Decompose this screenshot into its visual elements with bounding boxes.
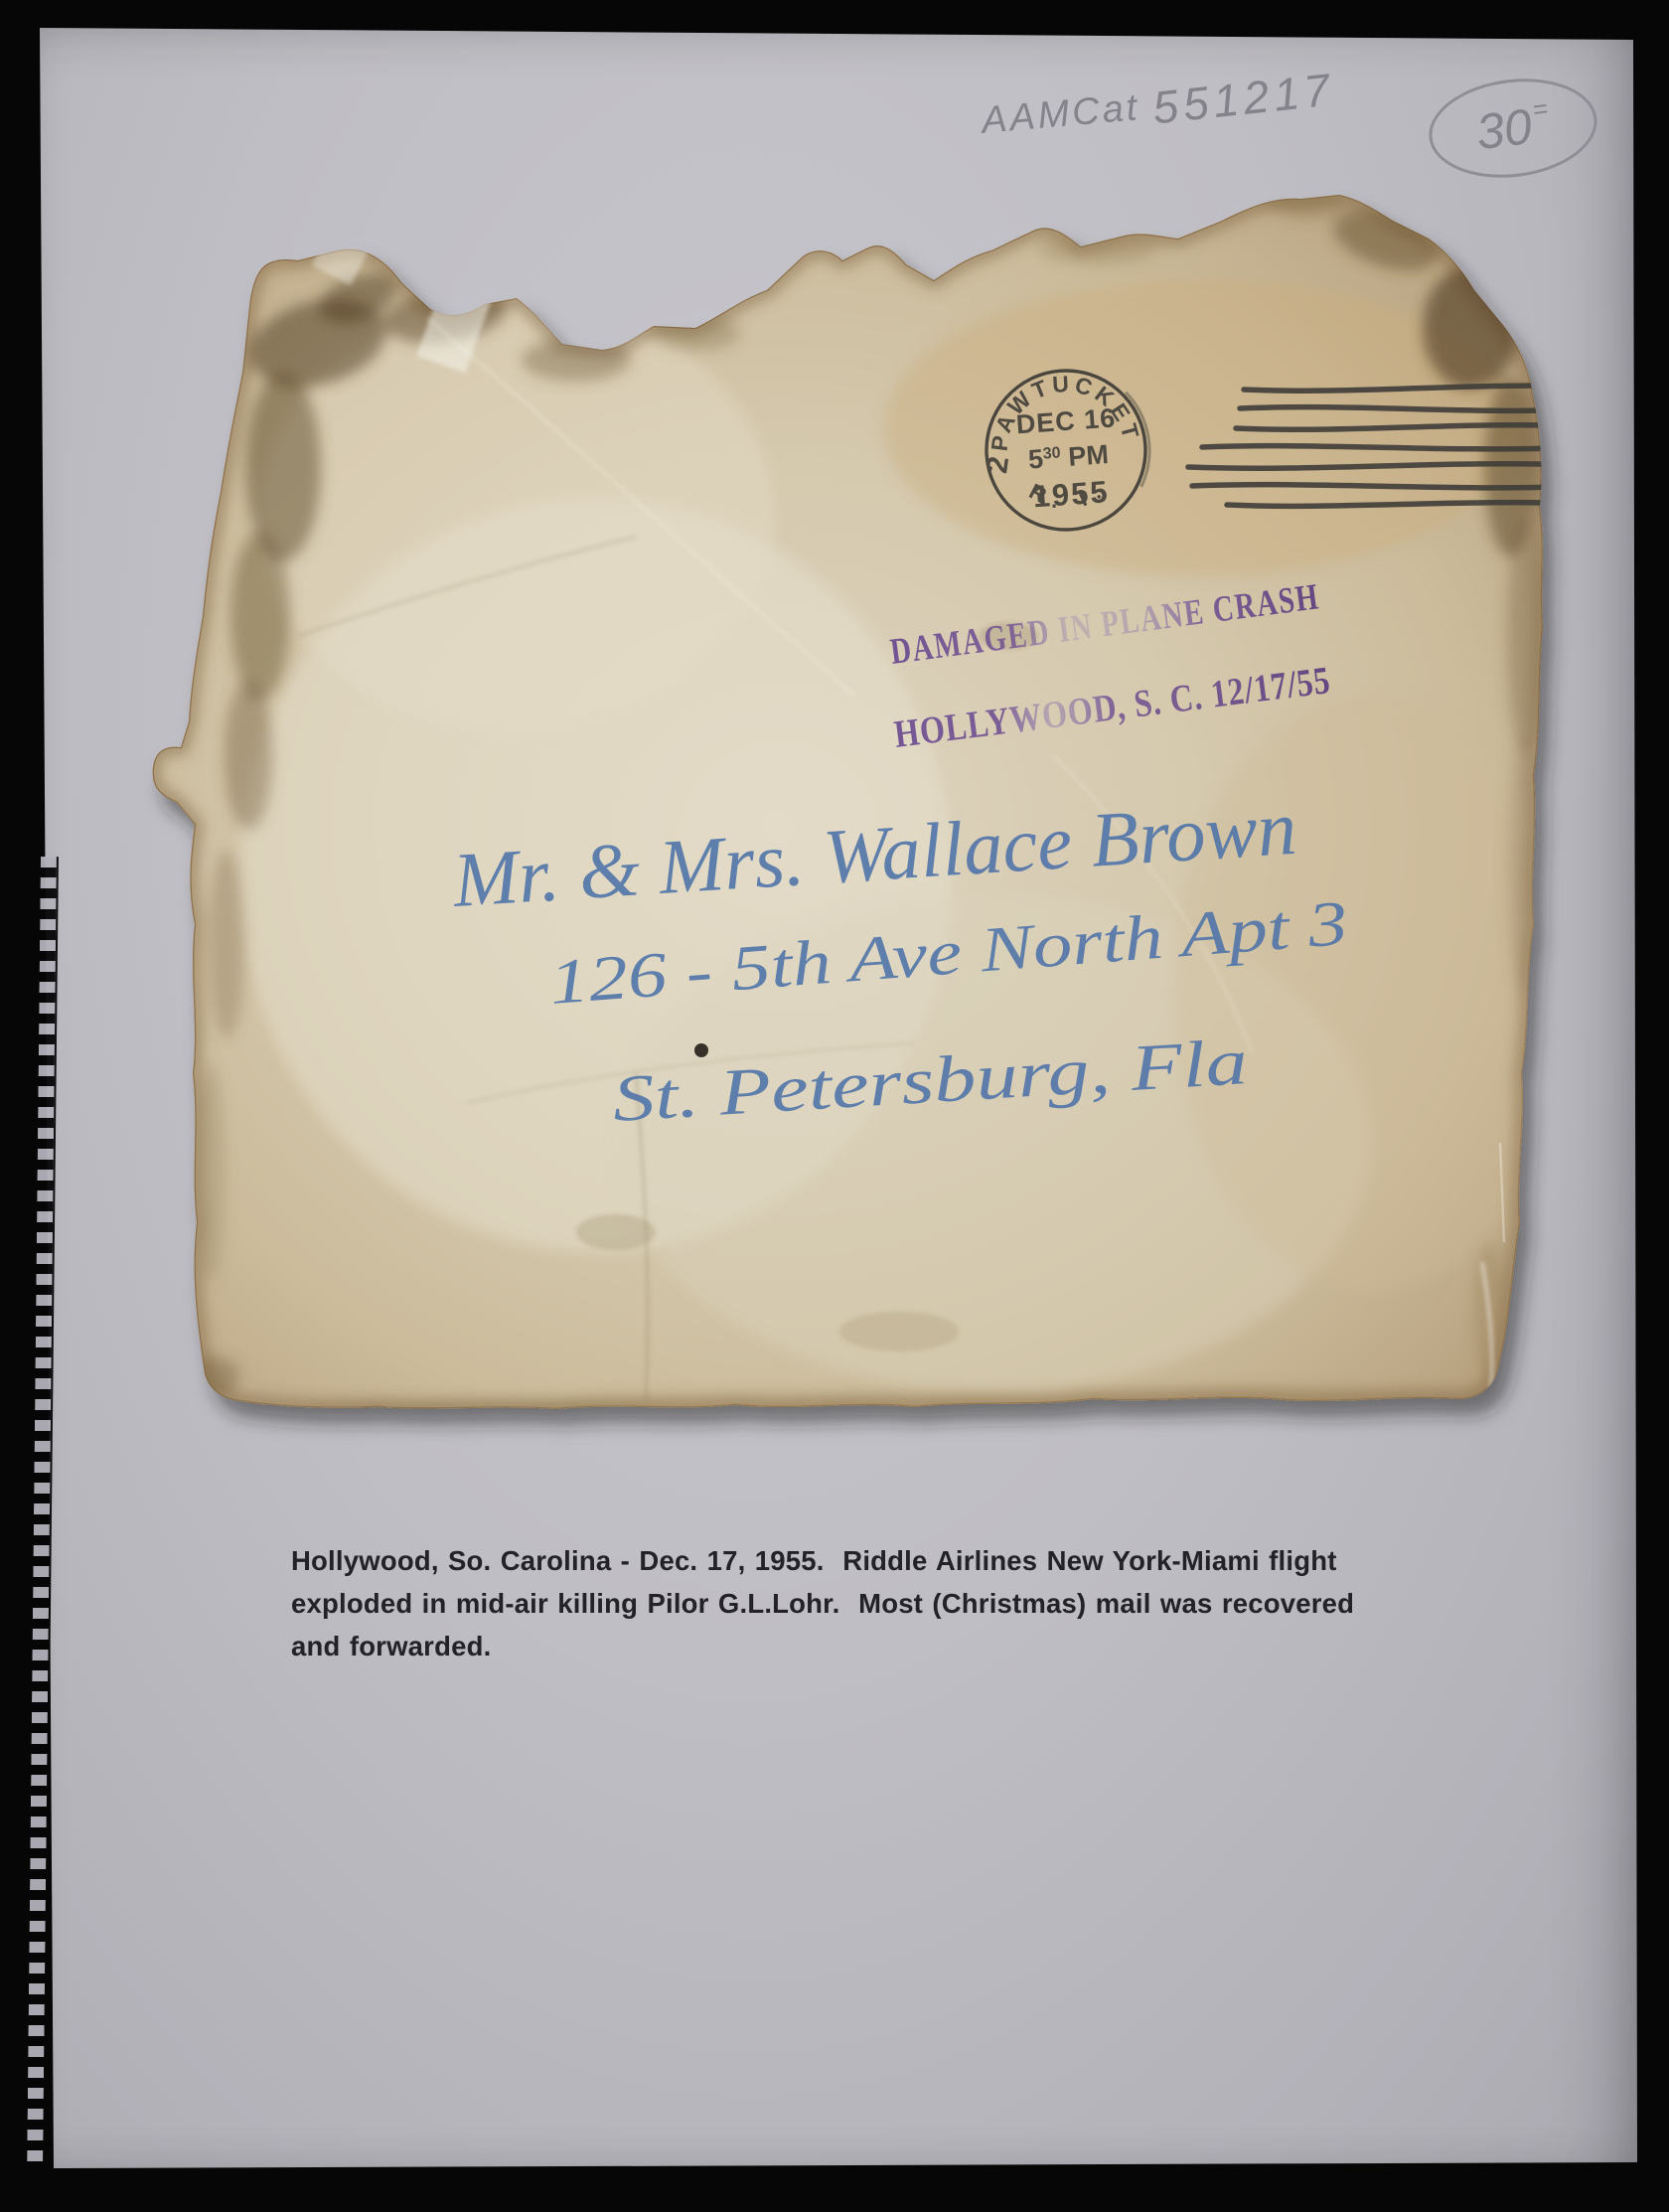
pencil-price-value: 30 [1473,97,1535,161]
caption-line1: Hollywood, So. Carolina - Dec. 17, 1955.… [291,1539,1463,1582]
postmark-time: 530 PM [1027,439,1110,475]
caption-line2: exploded in mid-air killing Pilor G.L.Lo… [291,1582,1463,1625]
pencil-price-mark: = [1531,92,1550,125]
envelope: PAWTUCKET 2 DEC 16 530 PM 1955 R. I. DAM… [153,190,1585,1419]
caption-line3: and forwarded. [291,1625,1463,1667]
photographed-album-page: { "album_page": { "pencil_annotations": … [0,0,1669,2212]
caption: Hollywood, So. Carolina - Dec. 17, 1955.… [291,1539,1463,1667]
damaged-envelope-photo: PAWTUCKET 2 DEC 16 530 PM 1955 R. I. DAM… [0,0,1669,2212]
